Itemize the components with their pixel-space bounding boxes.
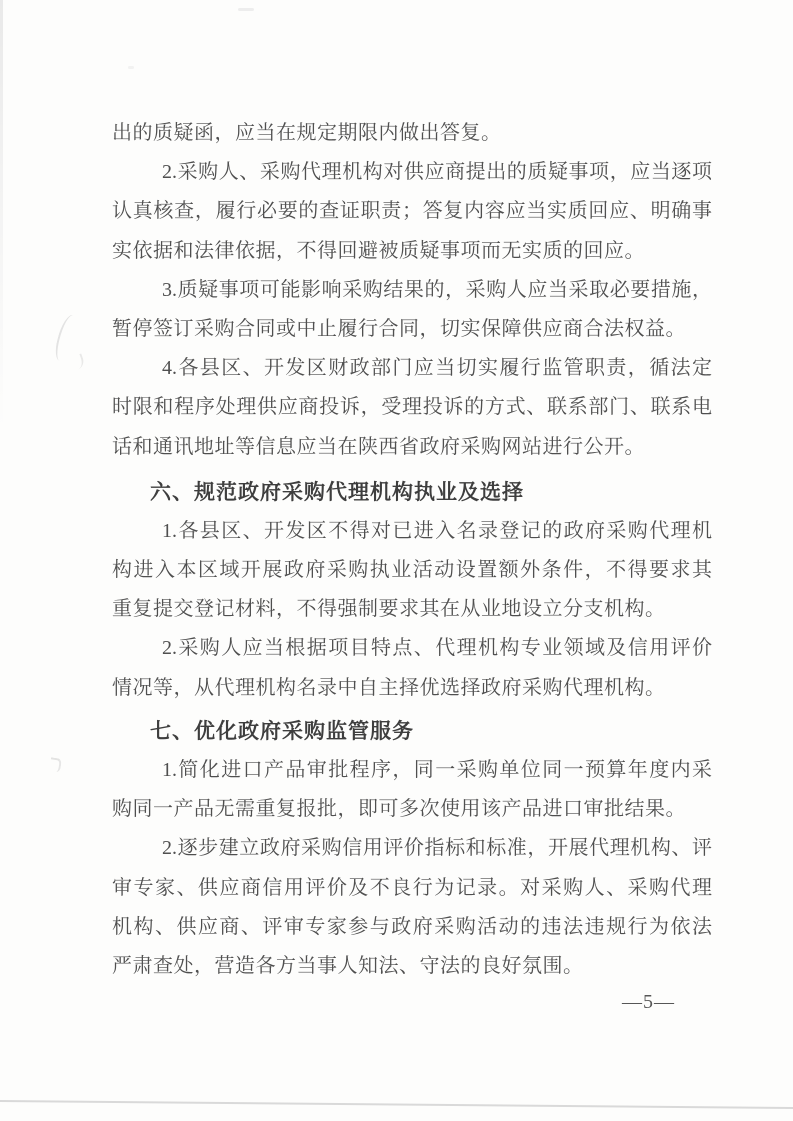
paragraph-line: 重复提交登记材料，不得强制要求其在从业地设立分支机构。 <box>112 590 712 629</box>
scan-left-edge-shadow <box>0 0 3 430</box>
scan-bottom-edge-line <box>0 1100 793 1109</box>
scan-speck <box>128 66 134 69</box>
paragraph-line: 购同一产品无需重复报批，即可多次使用该产品进口审批结果。 <box>112 790 712 829</box>
scan-smudge <box>49 757 62 772</box>
paragraph-line: 3.质疑事项可能影响采购结果的，采购人应当采取必要措施， <box>112 271 712 310</box>
scan-speck <box>238 8 254 11</box>
paragraph-line: 话和通讯地址等信息应当在陕西省政府采购网站进行公开。 <box>112 428 712 467</box>
section-heading-7: 七、优化政府采购监管服务 <box>112 712 712 751</box>
paragraph-line: 审专家、供应商信用评价及不良行为记录。对采购人、采购代理 <box>112 869 712 908</box>
scan-smudge <box>70 353 86 370</box>
paragraph-line: 暂停签订采购合同或中止履行合同，切实保障供应商合法权益。 <box>112 310 712 349</box>
paragraph-line: 实依据和法律依据，不得回避被质疑事项而无实质的回应。 <box>112 232 712 271</box>
document-body: 出的质疑函，应当在规定期限内做出答复。 2.采购人、采购代理机构对供应商提出的质… <box>112 114 712 986</box>
paragraph-line: 2.采购人应当根据项目特点、代理机构专业领域及信用评价 <box>112 629 712 668</box>
paragraph-line: 时限和程序处理供应商投诉，受理投诉的方式、联系部门、联系电 <box>112 388 712 427</box>
paragraph-line: 构进入本区域开展政府采购执业活动设置额外条件，不得要求其 <box>112 551 712 590</box>
paragraph-line: 1.各县区、开发区不得对已进入名录登记的政府采购代理机 <box>112 512 712 551</box>
paragraph-line: 出的质疑函，应当在规定期限内做出答复。 <box>112 114 712 153</box>
paragraph-line: 4.各县区、开发区财政部门应当切实履行监管职责，循法定 <box>112 349 712 388</box>
paragraph-line: 2.采购人、采购代理机构对供应商提出的质疑事项，应当逐项 <box>112 153 712 192</box>
paragraph-line: 认真核查，履行必要的查证职责；答复内容应当实质回应、明确事 <box>112 192 712 231</box>
section-heading-6: 六、规范政府采购代理机构执业及选择 <box>112 473 712 512</box>
paragraph-line: 机构、供应商、评审专家参与政府采购活动的违法违规行为依法 <box>112 908 712 947</box>
scanned-document-page: 出的质疑函，应当在规定期限内做出答复。 2.采购人、采购代理机构对供应商提出的质… <box>0 0 793 1121</box>
paragraph-line: 2.逐步建立政府采购信用评价指标和标准，开展代理机构、评 <box>112 829 712 868</box>
page-number: —5— <box>622 986 675 1018</box>
paragraph-line: 情况等，从代理机构名录中自主择优选择政府采购代理机构。 <box>112 669 712 708</box>
paragraph-line: 严肃查处，营造各方当事人知法、守法的良好氛围。 <box>112 947 712 986</box>
paragraph-line: 1.简化进口产品审批程序，同一采购单位同一预算年度内采 <box>112 751 712 790</box>
